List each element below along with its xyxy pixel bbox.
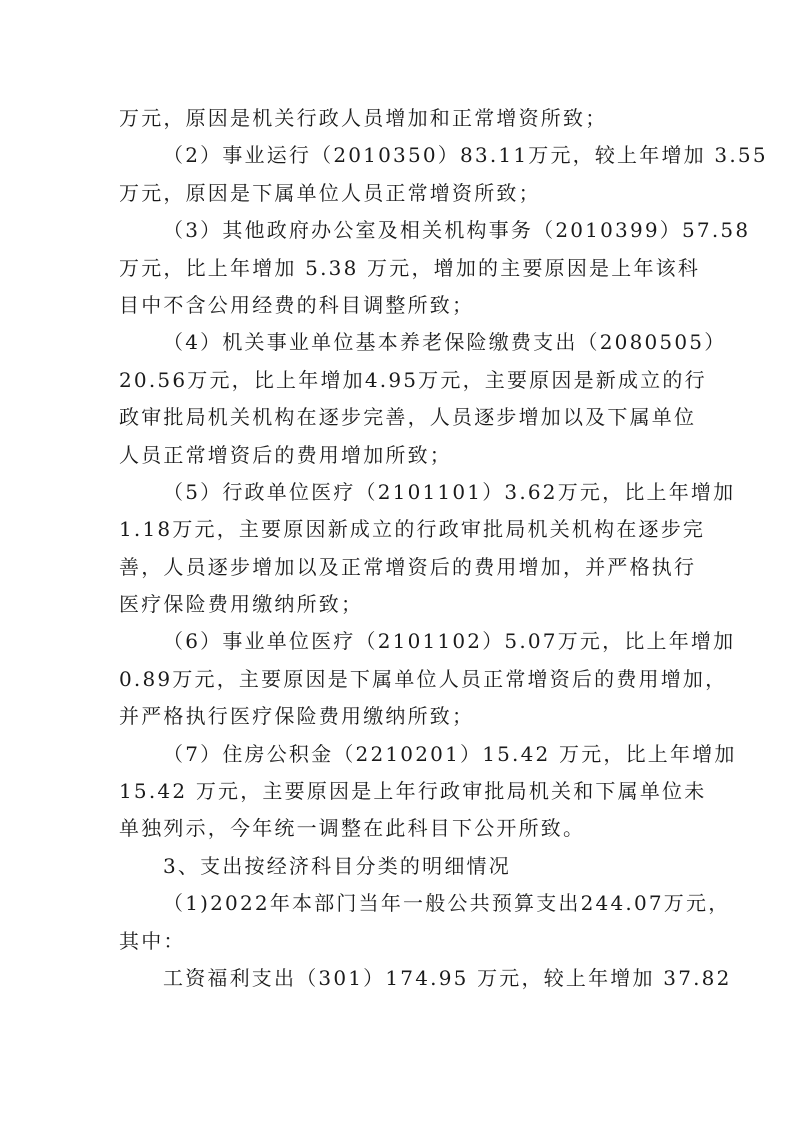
text-line: 政审批局机关机构在逐步完善，人员逐步增加以及下属单位 [119,399,689,436]
text-line: 善，人员逐步增加以及正常增资后的费用增加，并严格执行 [119,549,689,586]
text-line: （4）机关事业单位基本养老保险缴费支出（2080505） [119,324,689,361]
text-line: 万元，比上年增加 5.38 万元，增加的主要原因是上年该科 [119,250,689,287]
text-line: 1.18万元，主要原因新成立的行政审批局机关机构在逐步完 [119,511,689,548]
text-line: （7）住房公积金（2210201）15.42 万元，比上年增加 [119,736,689,773]
text-line: 人员正常增资后的费用增加所致； [119,437,689,474]
text-line: 医疗保险费用缴纳所致； [119,586,689,623]
text-line: 万元，原因是机关行政人员增加和正常增资所致； [119,100,689,137]
text-line: （3）其他政府办公室及相关机构事务（2010399）57.58 [119,212,689,249]
text-line: 0.89万元，主要原因是下属单位人员正常增资后的费用增加， [119,661,689,698]
text-line: 单独列示，今年统一调整在此科目下公开所致。 [119,810,689,847]
text-line: 并严格执行医疗保险费用缴纳所致； [119,698,689,735]
text-line: （6）事业单位医疗（2101102）5.07万元，比上年增加 [119,623,689,660]
text-line: 其中： [119,923,689,960]
text-line: 目中不含公用经费的科目调整所致； [119,287,689,324]
text-line: （5）行政单位医疗（2101101）3.62万元，比上年增加 [119,474,689,511]
text-line: 万元，原因是下属单位人员正常增资所致； [119,175,689,212]
text-line: 15.42 万元，主要原因是上年行政审批局机关和下属单位未 [119,773,689,810]
text-line: 工资福利支出（301）174.95 万元，较上年增加 37.82 [119,960,689,997]
text-line: （2）事业运行（2010350）83.11万元，较上年增加 3.55 [119,137,689,174]
section-heading: 3、支出按经济科目分类的明细情况 [119,848,689,885]
text-line: 20.56万元，比上年增加4.95万元，主要原因是新成立的行 [119,362,689,399]
text-line: （1)2022年本部门当年一般公共预算支出244.07万元， [119,885,689,922]
document-page: 万元，原因是机关行政人员增加和正常增资所致； （2）事业运行（2010350）8… [119,100,689,997]
